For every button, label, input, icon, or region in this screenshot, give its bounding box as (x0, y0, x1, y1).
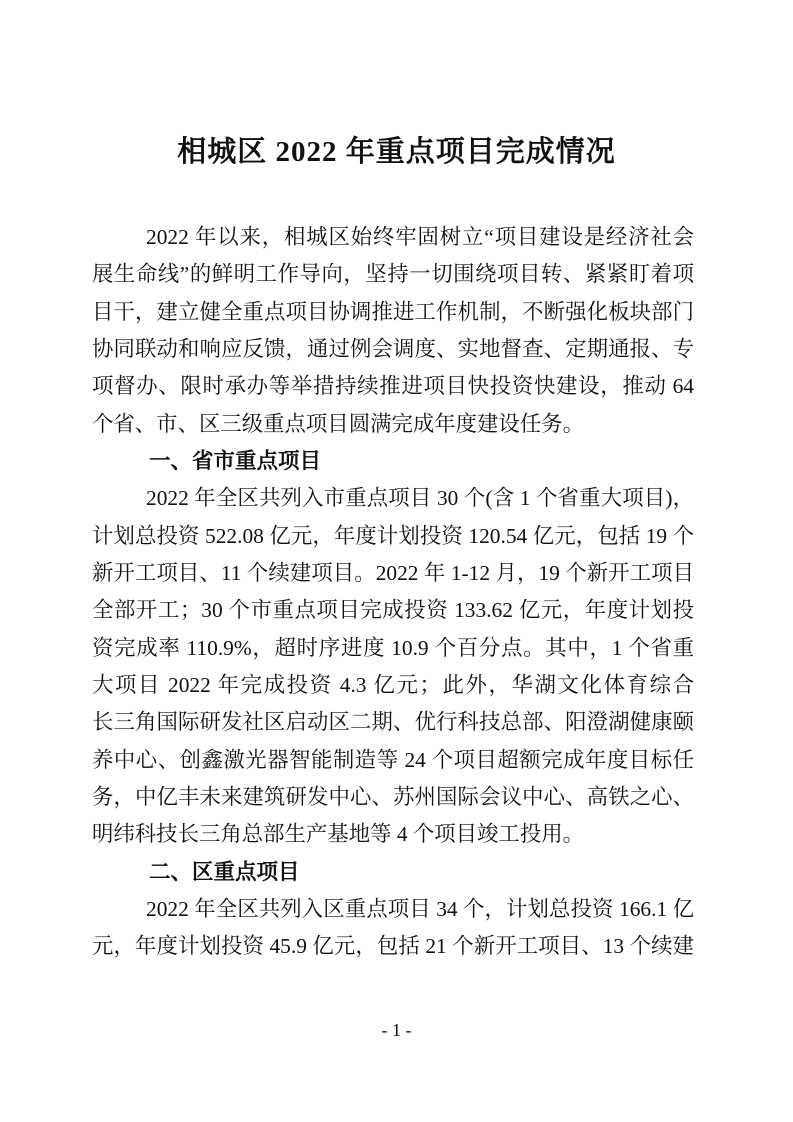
section1-line-4: 全部开工；30 个市重点项目完成投资 133.62 亿元，年度计划投 (92, 592, 694, 629)
document-title: 相城区 2022 年重点项目完成情况 (0, 0, 793, 172)
section1-line-9: 务，中亿丰未来建筑研发中心、苏州国际会议中心、高铁之心、 (92, 779, 694, 816)
section1-line-5: 资完成率 110.9%，超时序进度 10.9 个百分点。其中，1 个省重 (92, 630, 694, 667)
section1-line-7: 长三角国际研发社区启动区二期、优行科技总部、阳澄湖健康颐 (92, 704, 694, 741)
page-number: - 1 - (0, 1020, 793, 1040)
section1-line-1: 2022 年全区共列入市重点项目 30 个(含 1 个省重大项目)， (92, 480, 694, 517)
document-page: 相城区 2022 年重点项目完成情况 2022 年以来，相城区始终牢固树立“项目… (0, 0, 793, 1122)
section2-line-1: 2022 年全区共列入区重点项目 34 个，计划总投资 166.1 亿 (92, 891, 694, 928)
document-body: 2022 年以来，相城区始终牢固树立“项目建设是经济社会发 展生命线”的鲜明工作… (92, 219, 694, 966)
intro-line-2: 展生命线”的鲜明工作导向，坚持一切围绕项目转、紧紧盯着项 (92, 256, 694, 293)
section1-line-3: 新开工项目、11 个续建项目。2022 年 1-12 月，19 个新开工项目 (92, 555, 694, 592)
intro-line-1: 2022 年以来，相城区始终牢固树立“项目建设是经济社会发 (92, 219, 694, 256)
intro-line-6: 个省、市、区三级重点项目圆满完成年度建设任务。 (92, 406, 694, 443)
section1-heading: 一、省市重点项目 (92, 443, 694, 480)
intro-line-4: 协同联动和响应反馈，通过例会调度、实地督查、定期通报、专 (92, 331, 694, 368)
section1-line-10: 明纬科技长三角总部生产基地等 4 个项目竣工投用。 (92, 816, 694, 853)
section2-heading: 二、区重点项目 (92, 854, 694, 891)
section1-line-6: 大项目 2022 年完成投资 4.3 亿元；此外，华湖文化体育综合体、 (92, 667, 694, 704)
section2-line-2: 元，年度计划投资 45.9 亿元，包括 21 个新开工项目、13 个续建 (92, 928, 694, 965)
section1-line-8: 养中心、创鑫激光器智能制造等 24 个项目超额完成年度目标任 (92, 742, 694, 779)
intro-line-5: 项督办、限时承办等举措持续推进项目快投资快建设，推动 64 (92, 368, 694, 405)
intro-line-3: 目干，建立健全重点项目协调推进工作机制，不断强化板块部门 (92, 294, 694, 331)
section1-line-2: 计划总投资 522.08 亿元，年度计划投资 120.54 亿元，包括 19 个 (92, 518, 694, 555)
